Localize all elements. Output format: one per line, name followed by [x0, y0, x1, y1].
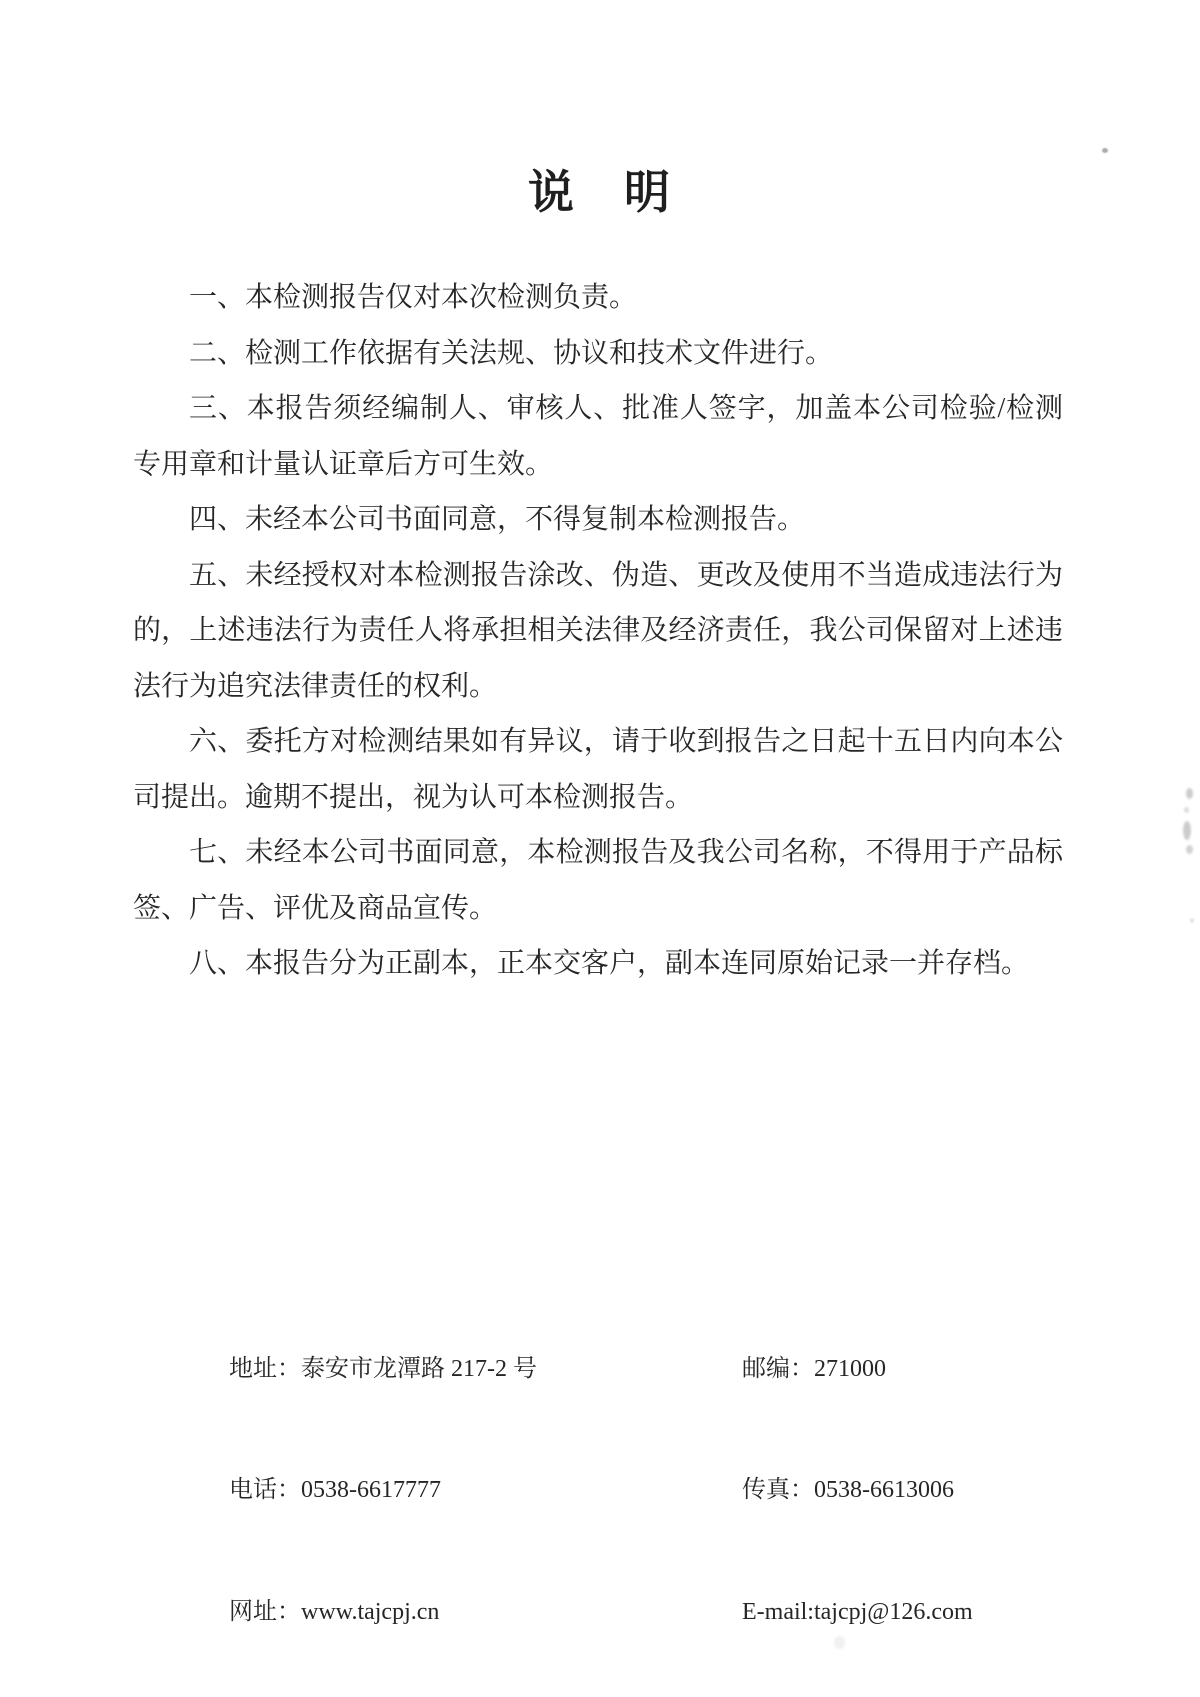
scan-artifact: [834, 1636, 845, 1649]
note-item-4: 四、未经本公司书面同意，不得复制本检测报告。: [133, 492, 1063, 548]
note-item-1: 一、本检测报告仅对本次检测负责。: [133, 270, 1063, 326]
footer-right-column: 邮编：271000 传真：0538-6613006 E-mail:tajcpj@…: [694, 1308, 973, 1673]
note-item-3: 三、本报告须经编制人、审核人、批准人签字，加盖本公司检验/检测专用章和计量认证章…: [133, 381, 1063, 492]
footer-row-postcode: 邮编：271000: [694, 1308, 973, 1430]
page-title: 说 明: [0, 156, 1200, 222]
postcode-label: 邮编：: [742, 1356, 814, 1382]
note-item-6: 六、委托方对检测结果如有异议，请于收到报告之日起十五日内向本公司提出。逾期不提出…: [133, 714, 1063, 825]
scan-artifact: [1186, 788, 1193, 799]
fax-value: 0538-6613006: [814, 1477, 954, 1503]
footer-row-website: 网址：www.tajcpj.cn: [181, 1551, 537, 1673]
footer-left-column: 地址：泰安市龙潭路 217-2 号 电话：0538-6617777 网址：www…: [181, 1308, 537, 1673]
footer-row-address: 地址：泰安市龙潭路 217-2 号: [181, 1308, 537, 1430]
note-item-7: 七、未经本公司书面同意，本检测报告及我公司名称，不得用于产品标签、广告、评优及商…: [133, 825, 1063, 936]
phone-value: 0538-6617777: [301, 1477, 441, 1503]
address-value: 泰安市龙潭路 217-2 号: [301, 1356, 537, 1382]
scan-artifact: [1184, 807, 1189, 813]
address-label: 地址：: [229, 1356, 301, 1382]
fax-label: 传真：: [742, 1477, 814, 1503]
document-page: 说 明 一、本检测报告仅对本次检测负责。 二、检测工作依据有关法规、协议和技术文…: [0, 0, 1200, 1697]
note-item-5: 五、未经授权对本检测报告涂改、伪造、更改及使用不当造成违法行为的，上述违法行为责…: [133, 548, 1063, 715]
scan-artifact: [1183, 821, 1191, 840]
notes-section: 一、本检测报告仅对本次检测负责。 二、检测工作依据有关法规、协议和技术文件进行。…: [133, 270, 1063, 992]
note-item-2: 二、检测工作依据有关法规、协议和技术文件进行。: [133, 326, 1063, 382]
email-value: tajcpj@126.com: [814, 1599, 973, 1625]
note-item-8: 八、本报告分为正副本，正本交客户，副本连同原始记录一并存档。: [133, 936, 1063, 992]
scan-artifact: [1102, 148, 1108, 153]
postcode-value: 271000: [814, 1356, 886, 1382]
footer-row-phone: 电话：0538-6617777: [181, 1430, 537, 1552]
phone-label: 电话：: [229, 1477, 301, 1503]
scan-artifact: [1190, 918, 1194, 923]
website-label: 网址：: [229, 1599, 301, 1625]
scan-artifact: [1186, 845, 1193, 854]
footer-row-fax: 传真：0538-6613006: [694, 1430, 973, 1552]
footer-row-email: E-mail:tajcpj@126.com: [694, 1551, 973, 1673]
email-label: E-mail:: [742, 1599, 814, 1625]
website-value: www.tajcpj.cn: [301, 1599, 439, 1625]
